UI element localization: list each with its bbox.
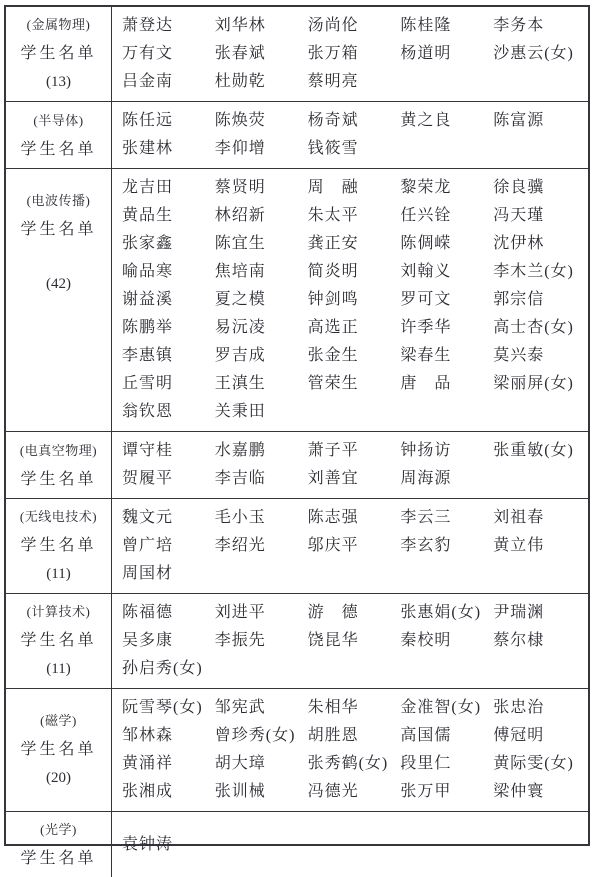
- student-name: 任兴铨: [400, 202, 493, 230]
- student-name: 李绍光: [215, 532, 308, 560]
- student-name: 梁仲寰: [493, 778, 586, 806]
- student-name: 朱太平: [308, 202, 401, 230]
- student-name: 张建林: [122, 135, 215, 163]
- student-name: 黎荣龙: [400, 174, 493, 202]
- student-name: 李惠镇: [122, 342, 215, 370]
- student-name: 萧登达: [122, 12, 215, 40]
- roster-label: 学生名单: [20, 39, 96, 68]
- student-name: 万有文: [122, 40, 215, 68]
- student-name: 毛小玉: [215, 504, 308, 532]
- student-name: 张湘成: [122, 778, 215, 806]
- names-cell: 袁钟涛: [112, 812, 588, 877]
- student-name: 梁丽屏(女): [493, 370, 586, 398]
- student-name: 陈任远: [122, 107, 215, 135]
- student-name: 吕金南: [122, 68, 215, 96]
- student-name: 黄际雯(女): [493, 750, 586, 778]
- student-name: 水嘉鹏: [215, 437, 308, 465]
- label-cell: (无线电技术) 学生名单 (11): [6, 499, 112, 593]
- names-cell: 陈任远陈焕荧杨奇斌黄之良陈富源张建林李仰增钱筱雪: [112, 102, 588, 168]
- student-name: 胡胜恩: [308, 722, 401, 750]
- student-name: 高士杏(女): [493, 314, 586, 342]
- label-cell: (金属物理) 学生名单 (13): [6, 7, 112, 101]
- student-name: 易沅凌: [215, 314, 308, 342]
- section-row: (电波传播) 学生名单 (42) 龙吉田蔡贤明周 融黎荣龙徐良骥黄品生林绍新朱太…: [6, 169, 588, 432]
- student-name: 李玄豹: [400, 532, 493, 560]
- student-name: 陈鹏举: [122, 314, 215, 342]
- student-name: 罗吉成: [215, 342, 308, 370]
- count-label: (13): [46, 68, 71, 97]
- student-name: 郭宗信: [493, 286, 586, 314]
- student-roster-table: (金属物理) 学生名单 (13) 萧登达刘华林汤尚伦陈桂隆李务本万有文张春斌张万…: [4, 5, 590, 846]
- student-name: 关秉田: [215, 398, 308, 426]
- student-name: 阮雪琴(女): [122, 694, 215, 722]
- student-name: 钱筱雪: [308, 135, 401, 163]
- student-name: 莫兴泰: [493, 342, 586, 370]
- student-name: 沙惠云(女): [493, 40, 586, 68]
- student-name: 傅冠明: [493, 722, 586, 750]
- student-name: 黄品生: [122, 202, 215, 230]
- student-name: 陈焕荧: [215, 107, 308, 135]
- label-cell: (电真空物理) 学生名单: [6, 432, 112, 498]
- roster-label: 学生名单: [20, 844, 96, 873]
- student-name: 冯天瑾: [493, 202, 586, 230]
- roster-label: 学生名单: [20, 215, 96, 244]
- names-cell: 萧登达刘华林汤尚伦陈桂隆李务本万有文张春斌张万箱杨道明沙惠云(女)吕金南杜勋乾蔡…: [112, 7, 588, 101]
- names-cell: 谭守桂水嘉鹏萧子平钟扬访张重敏(女)贺履平李吉临刘善宜周海源: [112, 432, 588, 498]
- student-name: 刘华林: [215, 12, 308, 40]
- student-name: 陈桂隆: [400, 12, 493, 40]
- section-row: (磁学) 学生名单 (20) 阮雪琴(女)邹宪武朱相华金准智(女)张忠治邹林森曾…: [6, 689, 588, 812]
- student-name: 李仰增: [215, 135, 308, 163]
- student-name: 周国材: [122, 560, 215, 588]
- student-name: 陈志强: [308, 504, 401, 532]
- student-name: 蔡明亮: [308, 68, 401, 96]
- student-name: 杨道明: [400, 40, 493, 68]
- student-name: 李务本: [493, 12, 586, 40]
- roster-label: 学生名单: [20, 626, 96, 655]
- student-name: 梁春生: [400, 342, 493, 370]
- student-name: 陈福德: [122, 599, 215, 627]
- student-name: 蔡贤明: [215, 174, 308, 202]
- student-name: 钟扬访: [400, 437, 493, 465]
- student-name: 袁钟涛: [122, 831, 215, 859]
- section-row: (电真空物理) 学生名单 谭守桂水嘉鹏萧子平钟扬访张重敏(女)贺履平李吉临刘善宜…: [6, 432, 588, 499]
- student-name: 朱相华: [308, 694, 401, 722]
- category-label: (无线电技术): [20, 503, 97, 531]
- category-label: (电真空物理): [20, 437, 97, 465]
- label-cell: (计算技术) 学生名单 (11): [6, 594, 112, 688]
- student-name: 段里仁: [400, 750, 493, 778]
- student-name: 李振先: [215, 627, 308, 655]
- student-name: 饶昆华: [308, 627, 401, 655]
- category-label: (电波传播): [27, 187, 91, 215]
- student-name: 杨奇斌: [308, 107, 401, 135]
- student-name: 游 德: [308, 599, 401, 627]
- student-name: 张惠娟(女): [400, 599, 493, 627]
- student-name: 汤尚伦: [308, 12, 401, 40]
- category-label: (金属物理): [27, 11, 91, 39]
- label-cell: (电波传播) 学生名单 (42): [6, 169, 112, 431]
- student-name: 吴多康: [122, 627, 215, 655]
- roster-label: 学生名单: [20, 135, 96, 164]
- section-row: (光学) 学生名单 袁钟涛: [6, 812, 588, 877]
- names-cell: 魏文元毛小玉陈志强李云三刘祖春曾广培李绍光邬庆平李玄豹黄立伟周国材: [112, 499, 588, 593]
- student-name: 曾珍秀(女): [215, 722, 308, 750]
- student-name: 萧子平: [308, 437, 401, 465]
- student-name: 冯德光: [308, 778, 401, 806]
- student-name: 管荣生: [308, 370, 401, 398]
- label-cell: (半导体) 学生名单: [6, 102, 112, 168]
- student-name: 张秀鹤(女): [308, 750, 401, 778]
- student-name: 张万甲: [400, 778, 493, 806]
- student-name: 许季华: [400, 314, 493, 342]
- student-name: 罗可文: [400, 286, 493, 314]
- student-name: 张万箱: [308, 40, 401, 68]
- student-name: 周海源: [400, 465, 493, 493]
- category-label: (光学): [40, 816, 77, 844]
- student-name: 刘进平: [215, 599, 308, 627]
- names-cell: 陈福德刘进平游 德张惠娟(女)尹瑞渊吴多康李振先饶昆华秦校明蔡尔棣孙启秀(女): [112, 594, 588, 688]
- section-row: (计算技术) 学生名单 (11) 陈福德刘进平游 德张惠娟(女)尹瑞渊吴多康李振…: [6, 594, 588, 689]
- student-name: 徐良骥: [493, 174, 586, 202]
- student-name: 沈伊林: [493, 230, 586, 258]
- student-name: 曾广培: [122, 532, 215, 560]
- student-name: 高选正: [308, 314, 401, 342]
- student-name: 简炎明: [308, 258, 401, 286]
- student-name: 贺履平: [122, 465, 215, 493]
- student-name: 陈富源: [493, 107, 586, 135]
- student-name: 谭守桂: [122, 437, 215, 465]
- student-name: 黄之良: [400, 107, 493, 135]
- label-cell: (光学) 学生名单: [6, 812, 112, 877]
- student-name: 黄涌祥: [122, 750, 215, 778]
- count-label: (20): [46, 764, 71, 793]
- roster-label: 学生名单: [20, 531, 96, 560]
- student-name: 金准智(女): [400, 694, 493, 722]
- count-label: (11): [46, 560, 70, 589]
- count-label: (42): [46, 270, 71, 299]
- student-name: 杜勋乾: [215, 68, 308, 96]
- section-row: (半导体) 学生名单 陈任远陈焕荧杨奇斌黄之良陈富源张建林李仰增钱筱雪: [6, 102, 588, 169]
- student-name: 胡大璋: [215, 750, 308, 778]
- student-name: 张家鑫: [122, 230, 215, 258]
- student-name: 孙启秀(女): [122, 655, 215, 683]
- student-name: 邹林森: [122, 722, 215, 750]
- names-cell: 阮雪琴(女)邹宪武朱相华金准智(女)张忠治邹林森曾珍秀(女)胡胜恩高国儒傅冠明黄…: [112, 689, 588, 811]
- section-row: (金属物理) 学生名单 (13) 萧登达刘华林汤尚伦陈桂隆李务本万有文张春斌张万…: [6, 7, 588, 102]
- category-label: (计算技术): [27, 598, 91, 626]
- student-name: 王滇生: [215, 370, 308, 398]
- student-name: 翁钦恩: [122, 398, 215, 426]
- document-page: (金属物理) 学生名单 (13) 萧登达刘华林汤尚伦陈桂隆李务本万有文张春斌张万…: [0, 0, 594, 851]
- student-name: 丘雪明: [122, 370, 215, 398]
- roster-label: 学生名单: [20, 735, 96, 764]
- student-name: 黄立伟: [493, 532, 586, 560]
- count-label: (11): [46, 655, 70, 684]
- category-label: (半导体): [33, 107, 83, 135]
- student-name: 李云三: [400, 504, 493, 532]
- student-name: 陈倜嵘: [400, 230, 493, 258]
- student-name: 魏文元: [122, 504, 215, 532]
- student-name: 喻品寒: [122, 258, 215, 286]
- category-label: (磁学): [40, 707, 77, 735]
- student-name: 张金生: [308, 342, 401, 370]
- student-name: 刘善宜: [308, 465, 401, 493]
- student-name: 林绍新: [215, 202, 308, 230]
- student-name: 周 融: [308, 174, 401, 202]
- student-name: 夏之模: [215, 286, 308, 314]
- student-name: 高国儒: [400, 722, 493, 750]
- student-name: 龚正安: [308, 230, 401, 258]
- label-cell: (磁学) 学生名单 (20): [6, 689, 112, 811]
- student-name: 李木兰(女): [493, 258, 586, 286]
- student-name: 尹瑞渊: [493, 599, 586, 627]
- student-name: 刘翰义: [400, 258, 493, 286]
- student-name: 唐 品: [400, 370, 493, 398]
- student-name: 龙吉田: [122, 174, 215, 202]
- student-name: 焦培南: [215, 258, 308, 286]
- student-name: 张重敏(女): [493, 437, 586, 465]
- student-name: 张训械: [215, 778, 308, 806]
- roster-label: 学生名单: [20, 465, 96, 494]
- student-name: 张忠治: [493, 694, 586, 722]
- section-row: (无线电技术) 学生名单 (11) 魏文元毛小玉陈志强李云三刘祖春曾广培李绍光邬…: [6, 499, 588, 594]
- student-name: 张春斌: [215, 40, 308, 68]
- student-name: 谢益溪: [122, 286, 215, 314]
- student-name: 陈宜生: [215, 230, 308, 258]
- student-name: 蔡尔棣: [493, 627, 586, 655]
- student-name: 邹宪武: [215, 694, 308, 722]
- student-name: 李吉临: [215, 465, 308, 493]
- student-name: 邬庆平: [308, 532, 401, 560]
- names-cell: 龙吉田蔡贤明周 融黎荣龙徐良骥黄品生林绍新朱太平任兴铨冯天瑾张家鑫陈宜生龚正安陈…: [112, 169, 588, 431]
- student-name: 秦校明: [400, 627, 493, 655]
- student-name: 刘祖春: [493, 504, 586, 532]
- student-name: 钟剑鸣: [308, 286, 401, 314]
